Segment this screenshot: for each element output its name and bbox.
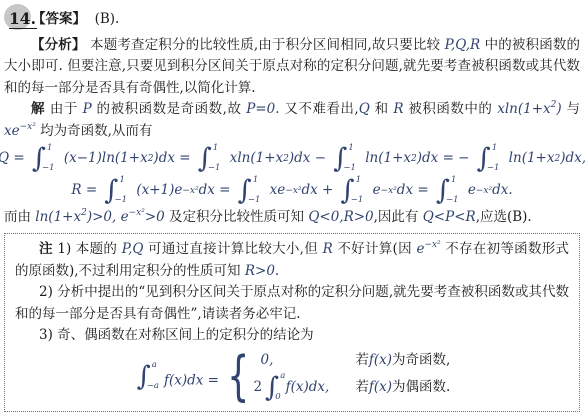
integral-sign: ∫1−1 (104, 175, 131, 207)
integral-sign: ∫1−1 (198, 143, 225, 175)
note-item-3: 3) 奇、偶函数在对称区间上的定积分的结论为 (15, 325, 569, 346)
conclusion-paragraph: 而由 ln(1+x2)>0, e−x²>0 及定积分比较性质可知 Q<0,R>0… (4, 207, 580, 228)
integral-sign: ∫a−a (137, 360, 163, 392)
solution-paragraph: 解 由于 P 的被积函数是奇函数,故 P=0. 又不难看出,Q 和 R 被积函数… (4, 99, 580, 142)
note-box: 注 1) 本题的 P,Q 可通过直接计算比较大小,但 R 不好计算(因 e−x²… (4, 233, 580, 412)
case-odd-value: 0, (254, 349, 330, 371)
answer-text: 【答案】 (B). (32, 11, 119, 27)
piecewise-left: ∫a−af(x)dx = (134, 360, 219, 392)
integral-sign: ∫1−1 (333, 143, 360, 175)
note-item-2: 2) 分析中提出的“见到积分区间关于原点对称的定积分问题,就先要考查被积函数或其… (15, 282, 569, 325)
left-brace: { (227, 350, 249, 404)
case-odd-condition: 若 f(x) 为奇函数, (355, 349, 450, 371)
problem-number: 14. (9, 9, 37, 29)
piecewise-cases: 0, 若 f(x) 为奇函数, 2∫a0f(x)dx, 若 f(x) 为偶函数. (254, 349, 451, 403)
formula-r: R = ∫1−1 (x+1)e−x²dx = ∫1−1 xe−x²dx + ∫1… (4, 175, 580, 206)
case-even-value: 2∫a0f(x)dx, (254, 371, 330, 403)
case-even-condition: 若 f(x) 为偶函数. (355, 371, 450, 403)
problem-number-badge: 14. (9, 8, 37, 31)
integral-sign: ∫1−1 (238, 175, 265, 207)
piecewise-formula: ∫a−af(x)dx = { 0, 若 f(x) 为奇函数, 2∫a0f(x)d… (15, 349, 569, 403)
formula-q: Q = ∫1−1 (x−1)ln(1+x2)dx = ∫1−1 xln(1+x2… (4, 143, 580, 174)
analysis-paragraph: 【分析】 本题考查定积分的比较性质,由于积分区间相同,故只要比较 P,Q,R 中… (4, 35, 580, 99)
integral-sign: ∫1−1 (436, 175, 463, 207)
integral-sign: ∫1−1 (477, 143, 504, 175)
textbook-page: 14. 【答案】 (B). 【分析】 本题考查定积分的比较性质,由于积分区间相同… (0, 0, 585, 418)
integral-sign: ∫a0 (265, 371, 285, 403)
integral-sign: ∫1−1 (341, 175, 368, 207)
answer-line: 14. 【答案】 (B). (4, 8, 580, 32)
note-item-1: 注 1) 本题的 P,Q 可通过直接计算比较大小,但 R 不好计算(因 e−x²… (15, 239, 569, 282)
integral-sign: ∫1−1 (32, 143, 59, 175)
